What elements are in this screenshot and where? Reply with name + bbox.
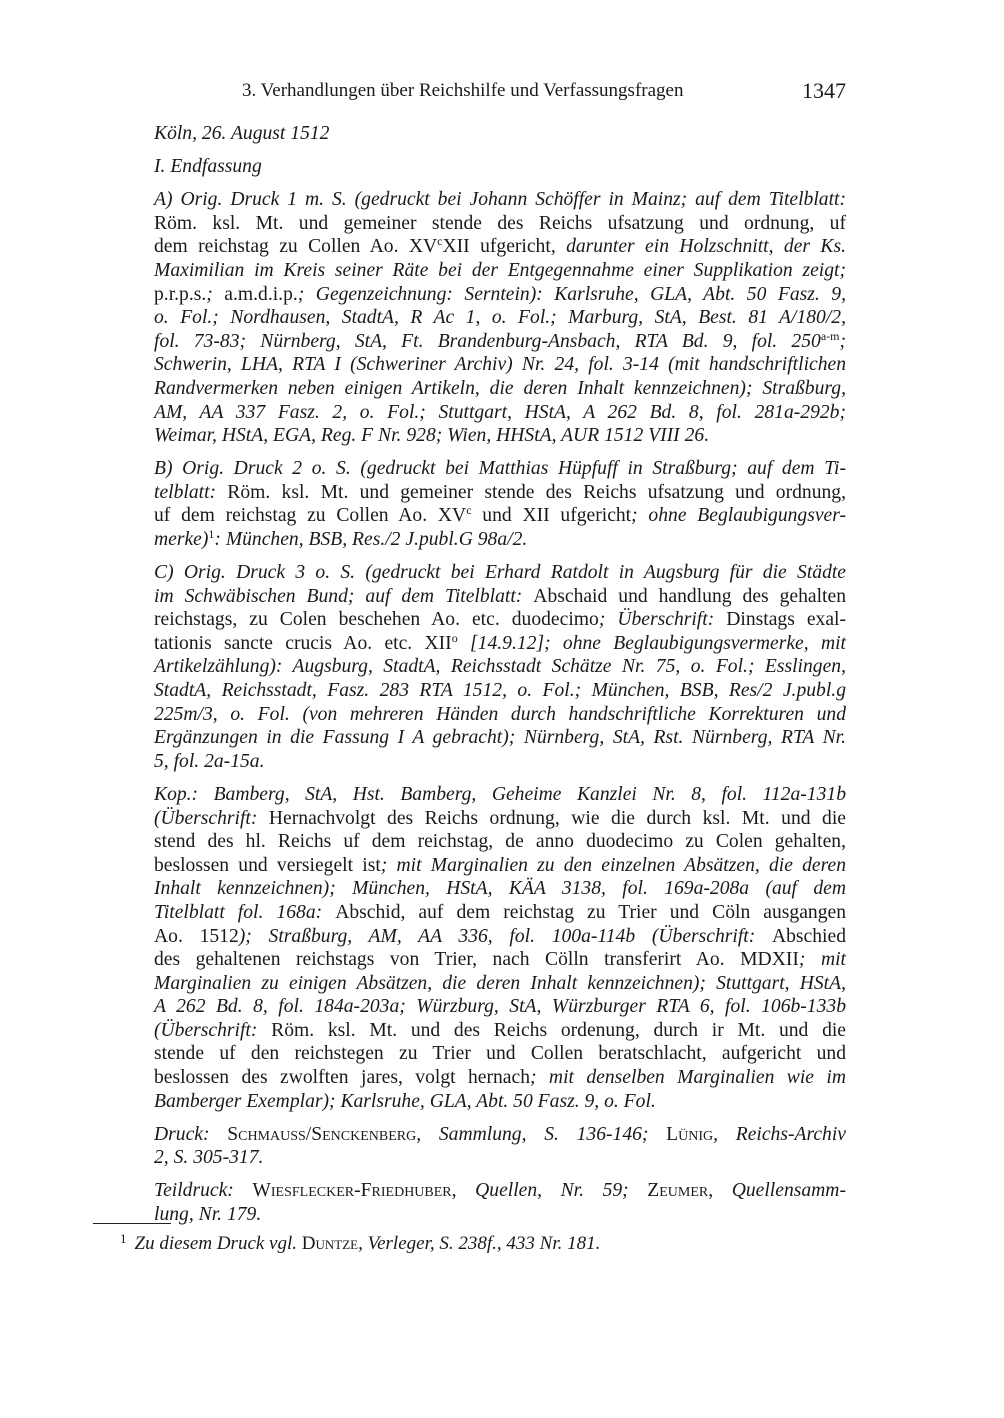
- paragraph-b: B) Orig. Druck 2 o. S. (gedruckt bei Mat…: [154, 457, 846, 551]
- text-line: A) Orig. Druck 1 m. S. (gedruckt bei Joh…: [154, 188, 846, 212]
- text-run: Bamberger Exemplar); Karlsruhe, GLA, Abt…: [154, 1091, 656, 1112]
- document-page: 3. Verhandlungen über Reichshilfe und Ve…: [0, 0, 1004, 1418]
- text-line: o. Fol.; Nordhausen, StadtA, R Ac 1, o. …: [154, 306, 846, 330]
- footnote-rule: [93, 1223, 171, 1224]
- text-line: des gehaltenen reichstags von Trier, nac…: [154, 948, 846, 972]
- text-run: A 262 Bd. 8, fol. 184a-203a; Würzburg, S…: [154, 996, 846, 1017]
- text-line: 5, fol. 2a-15a.: [154, 750, 846, 774]
- text-run: Abschied: [772, 926, 846, 947]
- text-run: merke): [154, 529, 208, 550]
- text-run: : München, BSB, Res./2 J.publ.G 98a/2.: [214, 529, 527, 550]
- text-line: telblatt: Röm. ksl. Mt. und gemeiner ste…: [154, 481, 846, 505]
- text-run: A) Orig. Druck 1 m. S. (gedruckt bei Joh…: [154, 189, 846, 210]
- text-run: (Überschrift:: [154, 808, 269, 829]
- footnote-area: 1Zu diesem Druck vgl. Duntze, Verleger, …: [120, 1227, 600, 1256]
- text-run: Ergänzungen in die Fassung I A gebracht)…: [154, 727, 846, 748]
- paragraph-druck: Druck: Schmauss/Senckenberg, Sammlung, S…: [154, 1123, 846, 1170]
- text-line: fol. 73-83; Nürnberg, StA, Ft. Brandenbu…: [154, 330, 846, 354]
- text-line: Inhalt kennzeichnen); München, HStA, KÄA…: [154, 877, 846, 901]
- text-run: Randvermerken neben einigen Artikeln, di…: [154, 378, 846, 399]
- text-run: , Quellensamm-: [708, 1180, 846, 1201]
- text-line: Ergänzungen in die Fassung I A gebracht)…: [154, 726, 846, 750]
- text-line: C) Orig. Druck 3 o. S. (gedruckt bei Erh…: [154, 561, 846, 585]
- text-run: uf dem reichstag zu Collen Ao. XV: [154, 505, 466, 526]
- text-run: Zeumer: [647, 1180, 708, 1201]
- text-run: Dinstags exal-: [726, 609, 846, 630]
- text-run: ;: [206, 284, 224, 305]
- text-run: telblatt:: [154, 482, 227, 503]
- text-run: StadtA, Reichsstadt, Fasz. 283 RTA 1512,…: [154, 680, 846, 701]
- text-line: Röm. ksl. Mt. und gemeiner stende des Re…: [154, 212, 846, 236]
- text-run: Abschaid und handlung des gehalten: [533, 586, 846, 607]
- text-line: stend des hl. Reichs uf dem reichstag, d…: [154, 830, 846, 854]
- running-head: 3. Verhandlungen über Reichshilfe und Ve…: [154, 80, 846, 106]
- text-line: Maximilian im Kreis seiner Räte bei der …: [154, 259, 846, 283]
- text-run: ); Straßburg, AM, AA 336, fol. 100a-114b…: [239, 926, 772, 947]
- superscript: a-m: [821, 329, 840, 343]
- text-line: Weimar, HStA, EGA, Reg. F Nr. 928; Wien,…: [154, 424, 846, 448]
- text-line: Druck: Schmauss/Senckenberg, Sammlung, S…: [154, 1123, 846, 1147]
- text-run: ; mit Marginalien zu den einzelnen Absät…: [381, 855, 846, 876]
- text-run: fol. 73-83; Nürnberg, StA, Ft. Brandenbu…: [154, 331, 821, 352]
- main-text: Köln, 26. August 1512 I. Endfassung A) O…: [154, 122, 846, 1236]
- text-run: Röm. ksl. Mt. und des Reichs ordenung, d…: [271, 1020, 846, 1041]
- text-run: ; mit denselben Marginalien wie im: [530, 1067, 846, 1088]
- text-run: , Quellen, Nr. 59;: [452, 1180, 648, 1201]
- text-run: Duntze: [302, 1233, 358, 1254]
- text-line: StadtA, Reichsstadt, Fasz. 283 RTA 1512,…: [154, 679, 846, 703]
- text-run: Hernachvolgt des Reichs ordnung, wie die…: [269, 808, 846, 829]
- text-line: beslossen und versiegelt ist; mit Margin…: [154, 854, 846, 878]
- text-line: reichstags, zu Colen beschehen Ao. etc. …: [154, 608, 846, 632]
- text-run: o. Fol.; Nordhausen, StadtA, R Ac 1, o. …: [154, 307, 846, 328]
- text-run: Teildruck:: [154, 1180, 252, 1201]
- text-run: stende uf den reichstegen zu Trier und C…: [154, 1043, 846, 1064]
- text-run: , darunter ein Holzschnitt, der Ks.: [551, 236, 846, 257]
- text-line: Kop.: Bamberg, StA, Hst. Bamberg, Geheim…: [154, 783, 846, 807]
- text-line: A 262 Bd. 8, fol. 184a-203a; Würzburg, S…: [154, 995, 846, 1019]
- text-run: XII ufgericht: [443, 236, 551, 257]
- footnote-mark: 1: [120, 1231, 127, 1246]
- paragraph-teildruck: Teildruck: Wiesflecker-Friedhuber, Quell…: [154, 1179, 846, 1226]
- place-date-heading: Köln, 26. August 1512: [154, 122, 846, 146]
- text-line: merke)1: München, BSB, Res./2 J.publ.G 9…: [154, 528, 846, 552]
- page-number: 1347: [802, 78, 846, 104]
- text-run: , Reichs-Archiv: [713, 1124, 846, 1145]
- paragraph-c: C) Orig. Druck 3 o. S. (gedruckt bei Erh…: [154, 561, 846, 773]
- text-run: Maximilian im Kreis seiner Räte bei der …: [154, 260, 846, 281]
- text-run: ; Gegenzeichnung: Serntein): Karlsruhe, …: [298, 284, 846, 305]
- text-line: Ao. 1512); Straßburg, AM, AA 336, fol. 1…: [154, 925, 846, 949]
- text-run: tationis sancte crucis Ao. etc. XII: [154, 633, 452, 654]
- text-run: Schmauss/Senckenberg: [227, 1124, 416, 1145]
- text-run: 5, fol. 2a-15a.: [154, 751, 264, 772]
- text-run: 2, S. 305-317.: [154, 1147, 263, 1168]
- text-run: Ao. 1512: [154, 926, 239, 947]
- text-run: reichstags, zu Colen beschehen Ao. etc. …: [154, 609, 599, 630]
- text-run: Titelblatt fol. 168a:: [154, 902, 335, 923]
- text-line: uf dem reichstag zu Collen Ao. XVc und X…: [154, 504, 846, 528]
- text-line: Teildruck: Wiesflecker-Friedhuber, Quell…: [154, 1179, 846, 1203]
- paragraph-a: A) Orig. Druck 1 m. S. (gedruckt bei Joh…: [154, 188, 846, 448]
- text-run: ; ohne Beglaubigungsver-: [631, 505, 846, 526]
- text-line: stende uf den reichstegen zu Trier und C…: [154, 1042, 846, 1066]
- text-line: (Überschrift: Hernachvolgt des Reichs or…: [154, 807, 846, 831]
- text-line: im Schwäbischen Bund; auf dem Titelblatt…: [154, 585, 846, 609]
- text-run: und XII ufgericht: [472, 505, 632, 526]
- text-run: Wiesflecker-Friedhuber: [252, 1180, 451, 1201]
- text-run: stend des hl. Reichs uf dem reichstag, d…: [154, 831, 846, 852]
- text-run: Lünig: [666, 1124, 713, 1145]
- text-line: Titelblatt fol. 168a: Abschid, auf dem r…: [154, 901, 846, 925]
- text-line: B) Orig. Druck 2 o. S. (gedruckt bei Mat…: [154, 457, 846, 481]
- text-line: (Überschrift: Röm. ksl. Mt. und des Reic…: [154, 1019, 846, 1043]
- text-run: Artikelzählung): Augsburg, StadtA, Reich…: [154, 656, 846, 677]
- text-run: B) Orig. Druck 2 o. S. (gedruckt bei Mat…: [154, 458, 846, 479]
- text-run: C) Orig. Druck 3 o. S. (gedruckt bei Erh…: [154, 562, 846, 583]
- text-line: p.r.p.s.; a.m.d.i.p.; Gegenzeichnung: Se…: [154, 283, 846, 307]
- text-line: 2, S. 305-317.: [154, 1146, 846, 1170]
- text-run: Druck:: [154, 1124, 227, 1145]
- text-line: Schwerin, LHA, RTA I (Schweriner Archiv)…: [154, 353, 846, 377]
- running-head-title: 3. Verhandlungen über Reichshilfe und Ve…: [242, 80, 683, 102]
- text-run: Kop.: Bamberg, StA, Hst. Bamberg, Geheim…: [154, 784, 846, 805]
- text-run: des gehaltenen reichstags von Trier, nac…: [154, 949, 799, 970]
- text-line: beslossen des zwolften jares, volgt hern…: [154, 1066, 846, 1090]
- text-run: a.m.d.i.p.: [224, 284, 297, 305]
- text-run: Abschid, auf dem reichstag zu Trier und …: [335, 902, 846, 923]
- text-run: [14.9.12]; ohne Beglaubigungsvermerke, m…: [458, 633, 846, 654]
- text-run: Zu diesem Druck vgl.: [135, 1233, 302, 1254]
- text-run: beslossen des zwolften jares, volgt hern…: [154, 1067, 530, 1088]
- text-run: Marginalien zu einigen Absätzen, die der…: [154, 973, 846, 994]
- source-paragraphs: A) Orig. Druck 1 m. S. (gedruckt bei Joh…: [154, 188, 846, 1226]
- version-heading: I. Endfassung: [154, 155, 846, 179]
- text-run: Inhalt kennzeichnen); München, HStA, KÄA…: [154, 878, 846, 899]
- text-run: im Schwäbischen Bund; auf dem Titelblatt…: [154, 586, 533, 607]
- text-run: Röm. ksl. Mt. und gemeiner stende des Re…: [154, 213, 846, 234]
- text-run: ; mit: [799, 949, 846, 970]
- text-run: Weimar, HStA, EGA, Reg. F Nr. 928; Wien,…: [154, 425, 709, 446]
- text-run: Röm. ksl. Mt. und gemeiner stende des Re…: [227, 482, 846, 503]
- text-line: Bamberger Exemplar); Karlsruhe, GLA, Abt…: [154, 1090, 846, 1114]
- paragraph-kop: Kop.: Bamberg, StA, Hst. Bamberg, Geheim…: [154, 783, 846, 1113]
- text-line: Marginalien zu einigen Absätzen, die der…: [154, 972, 846, 996]
- text-run: , Sammlung, S. 136-146;: [416, 1124, 666, 1145]
- text-line: dem reichstag zu Collen Ao. XVcXII ufger…: [154, 235, 846, 259]
- text-line: Randvermerken neben einigen Artikeln, di…: [154, 377, 846, 401]
- text-run: ; Überschrift:: [599, 609, 726, 630]
- text-run: 225m/3, o. Fol. (von mehreren Händen dur…: [154, 704, 846, 725]
- text-run: , Verleger, S. 238f., 433 Nr. 181.: [358, 1233, 600, 1254]
- text-line: 225m/3, o. Fol. (von mehreren Händen dur…: [154, 703, 846, 727]
- text-line: Artikelzählung): Augsburg, StadtA, Reich…: [154, 655, 846, 679]
- text-line: tationis sancte crucis Ao. etc. XIIo [14…: [154, 632, 846, 656]
- text-run: AM, AA 337 Fasz. 2, o. Fol.; Stuttgart, …: [154, 402, 846, 423]
- text-run: beslossen und versiegelt ist: [154, 855, 381, 876]
- text-run: Schwerin, LHA, RTA I (Schweriner Archiv)…: [154, 354, 846, 375]
- footnote: 1Zu diesem Druck vgl. Duntze, Verleger, …: [120, 1227, 600, 1256]
- text-run: p.r.p.s.: [154, 284, 206, 305]
- text-run: lung, Nr. 179.: [154, 1204, 261, 1225]
- text-line: AM, AA 337 Fasz. 2, o. Fol.; Stuttgart, …: [154, 401, 846, 425]
- text-run: dem reichstag zu Collen Ao. XV: [154, 236, 437, 257]
- text-run: (Überschrift:: [154, 1020, 271, 1041]
- text-line: lung, Nr. 179.: [154, 1203, 846, 1227]
- text-run: ;: [839, 331, 846, 352]
